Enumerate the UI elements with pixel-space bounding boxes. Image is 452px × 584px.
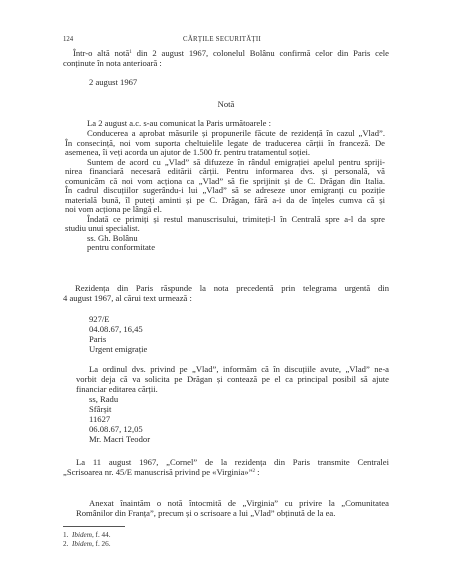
note-line: nirea financiară necesară editării cărți… bbox=[65, 166, 385, 176]
telegram-code: 11627 bbox=[89, 414, 110, 424]
note-signature: ss. Gh. Bolânu bbox=[87, 233, 138, 243]
cornel-text: „Scrisoarea nr. 45/E manuscrisă privind … bbox=[63, 467, 253, 477]
note-line: La 2 august a.c. s-au comunicat la Paris… bbox=[87, 118, 271, 128]
note-conformity: pentru conformitate bbox=[87, 242, 155, 252]
telegram-signature: ss, Radu bbox=[89, 394, 118, 404]
telegram-officer: Mr. Macri Teodor bbox=[89, 434, 150, 444]
page-number: 124 bbox=[63, 35, 73, 45]
note-line: Conducerea a aprobat măsurile și propune… bbox=[65, 128, 385, 138]
note-line: În consecință, noi vom suporta cheltuiel… bbox=[65, 138, 385, 148]
intro-paragraph-line: conținute în nota anterioară : bbox=[63, 58, 162, 68]
note-line: studiu unui specialist. bbox=[65, 223, 140, 233]
cornel-text-end: : bbox=[255, 467, 260, 477]
intro-text: Într-o altă notă bbox=[73, 48, 129, 58]
footnote-2: 2. Ibidem, f. 26. bbox=[63, 539, 111, 549]
telegram-body-line: La ordinul dvs. privind pe „Vlad”, infor… bbox=[76, 364, 389, 374]
telegram-body-line: vorbit deja că va solicita pe Drăgan și … bbox=[76, 374, 389, 384]
footnote-divider bbox=[63, 526, 125, 527]
response-paragraph-line: 4 august 1967, al cărui text urmează : bbox=[63, 293, 192, 303]
footnote-ref: , f. 26. bbox=[92, 540, 111, 548]
cornel-paragraph-line: „Scrisoarea nr. 45/E manuscrisă privind … bbox=[63, 467, 260, 477]
book-page: 124 CĂRȚILE SECURITĂȚII Într-o altă notă… bbox=[0, 0, 452, 584]
footnote-source: Ibidem bbox=[72, 540, 92, 548]
note-date: 2 august 1967 bbox=[89, 77, 137, 87]
note-title: Notă bbox=[63, 99, 389, 109]
footnote-number: 1. bbox=[63, 531, 68, 539]
telegram-subject: Urgent emigrație bbox=[89, 344, 147, 354]
telegram-number: 927/E bbox=[89, 314, 110, 324]
note-line: asemenea, îi veți acorda un ajutor de 1.… bbox=[65, 147, 310, 157]
telegram-received-datetime: 06.08.67, 12,05 bbox=[89, 424, 143, 434]
note-line: În cadrul discuțiilor sugerându-i lui „V… bbox=[65, 185, 385, 195]
annex-paragraph-line: Românilor din Franța”, precum și o scris… bbox=[76, 508, 335, 518]
cornel-paragraph-line: La 11 august 1967, „Cornel” de la rezide… bbox=[63, 457, 389, 467]
running-title: CĂRȚILE SECURITĂȚII bbox=[183, 35, 261, 45]
note-line: Îndată ce primiți și restul manuscrisulu… bbox=[65, 214, 385, 224]
telegram-end: Sfârșit bbox=[89, 404, 111, 414]
telegram-body-line: financiar editarea cărții. bbox=[76, 384, 158, 394]
telegram-datetime: 04.08.67, 16,45 bbox=[89, 324, 143, 334]
telegram-origin: Paris bbox=[89, 334, 106, 344]
footnote-number: 2. bbox=[63, 540, 68, 548]
note-line: noi vom acționa pe lângă el. bbox=[65, 204, 162, 214]
intro-text-rest: din 2 august 1967, colonelul Bolânu conf… bbox=[132, 48, 389, 58]
intro-paragraph-line: Într-o altă notă1 din 2 august 1967, col… bbox=[63, 48, 389, 58]
footnote-ref: , f. 44. bbox=[92, 531, 111, 539]
footnote-source: Ibidem bbox=[72, 531, 92, 539]
note-line: comunicăm că noi vom acționa ca „Vlad” s… bbox=[65, 176, 385, 186]
response-paragraph-line: Rezidența din Paris răspunde la nota pre… bbox=[63, 283, 389, 293]
note-line: materială bună, îl puteți aminti și pe C… bbox=[65, 195, 385, 205]
annex-paragraph-line: Anexat înaintăm o notă întocmită de „Vir… bbox=[76, 498, 389, 508]
note-line: Suntem de acord cu „Vlad” să difuzeze în… bbox=[65, 157, 385, 167]
